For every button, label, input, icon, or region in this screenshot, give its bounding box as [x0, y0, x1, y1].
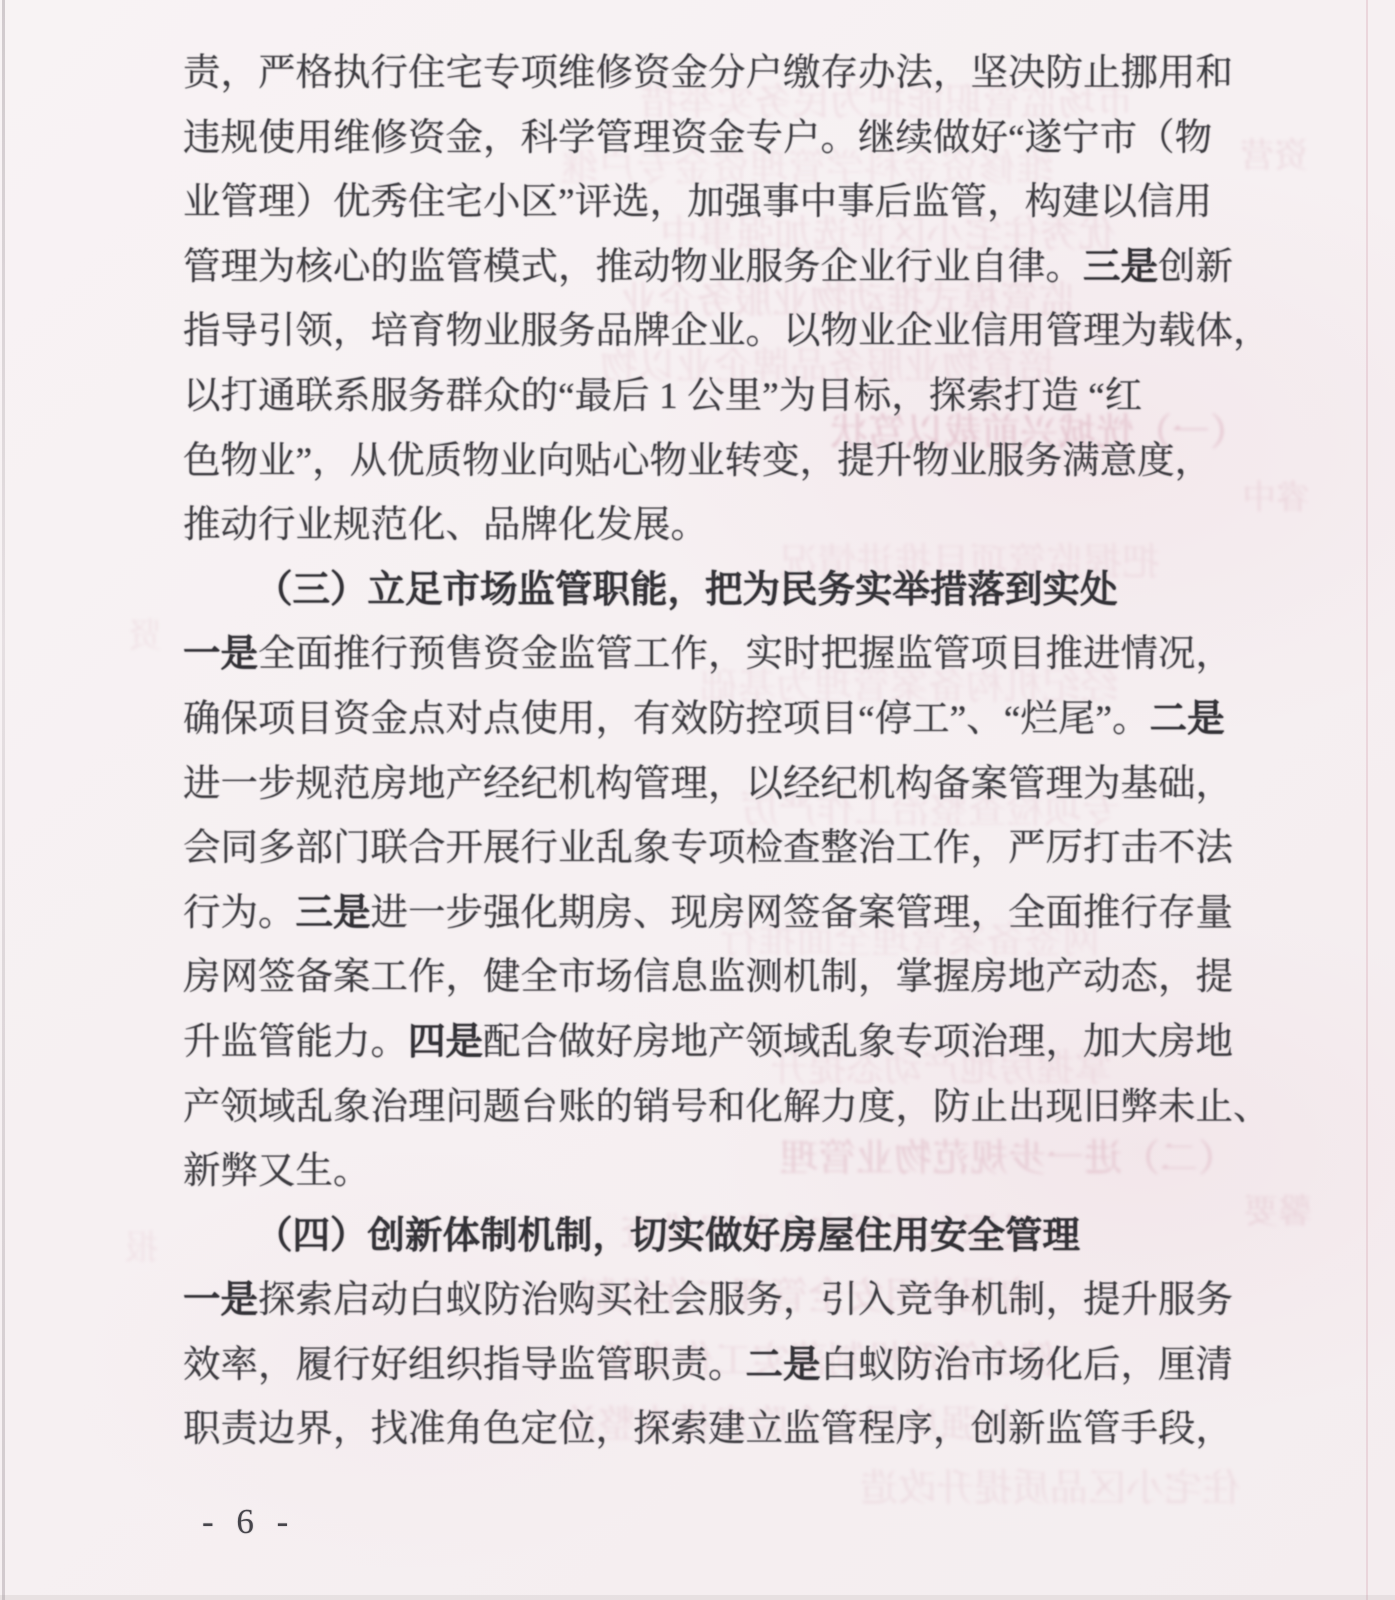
bleed-through-text: 贤	[128, 620, 162, 654]
text-line: 责，严格执行住宅专项维修资金分户缴存办法，坚决防止挪用和	[183, 42, 1223, 107]
body-text: 房网签备案工作，健全市场信息监测机制，掌握房地产动态，提	[183, 957, 1233, 998]
text-line: 一是全面推行预售资金监管工作，实时把握监管项目推进情况，	[183, 623, 1223, 688]
body-text: 创新	[1158, 247, 1233, 288]
scan-edge-left	[2, 0, 5, 1600]
body-text: 管理为核心的监管模式，推动物业服务企业行业自律。	[183, 247, 1083, 288]
emphasized-text: 一是	[183, 1280, 258, 1321]
text-line: 以打通联系服务群众的“最后 1 公里”为目标，探索打造 “红	[183, 365, 1223, 430]
emphasized-text: 一是	[183, 634, 258, 675]
bleed-through-text: 住宅小区品质提升改造	[860, 1470, 1240, 1508]
body-text: 推动行业规范化、品牌化发展。	[183, 505, 708, 546]
emphasized-text: 二是	[746, 1345, 821, 1386]
text-line: 管理为核心的监管模式，推动物业服务企业行业自律。三是创新	[183, 236, 1223, 301]
bleed-through-text: 睿中	[1242, 482, 1310, 516]
scan-edge-right	[1366, 0, 1368, 1600]
body-text: 产领域乱象治理问题台账的销号和化解力度，防止出现旧弊未止、	[183, 1087, 1271, 1128]
bleed-through-text: 馨要	[1244, 1196, 1312, 1230]
text-line: 进一步规范房地产经纪机构管理，以经纪机构备案管理为基础，	[183, 753, 1223, 818]
text-line: 房网签备案工作，健全市场信息监测机制，掌握房地产动态，提	[183, 946, 1223, 1011]
scanned-document-page: 市场监管职能把为民务实举措维修资金科学管理资金专户继优秀住宅小区评选加强事中监管…	[0, 0, 1395, 1600]
emphasized-text: （四）创新体制机制，切实做好房屋住用安全管理	[255, 1216, 1080, 1257]
page-number: - 6 -	[202, 1502, 295, 1542]
text-line: 升监管能力。四是配合做好房地产领域乱象专项治理，加大房地	[183, 1011, 1223, 1076]
body-text: 白蚁防治市场化后，厘清	[821, 1345, 1234, 1386]
body-text: 配合做好房地产领域乱象专项治理，加大房地	[483, 1022, 1233, 1063]
body-text: 指导引领，培育物业服务品牌企业。以物业企业信用管理为载体，	[183, 311, 1271, 352]
body-text: 全面推行预售资金监管工作，实时把握监管项目推进情况，	[258, 634, 1233, 675]
text-line: 业管理）优秀住宅小区”评选，加强事中事后监管，构建以信用	[183, 171, 1223, 236]
body-text: 违规使用维修资金，科学管理资金专户。继续做好“遂宁市（物	[183, 118, 1212, 159]
emphasized-text: （三）立足市场监管职能，把为民务实举措落到实处	[255, 570, 1118, 611]
body-text: 进一步规范房地产经纪机构管理，以经纪机构备案管理为基础，	[183, 764, 1233, 805]
document-text-block: 责，严格执行住宅专项维修资金分户缴存办法，坚决防止挪用和违规使用维修资金，科学管…	[183, 42, 1223, 1463]
text-line: 行为。三是进一步强化期房、现房网签备案管理，全面推行存量	[183, 882, 1223, 947]
text-line: 指导引领，培育物业服务品牌企业。以物业企业信用管理为载体，	[183, 300, 1223, 365]
body-text: 确保项目资金点对点使用，有效防控项目“停工”、“烂尾”。	[183, 699, 1150, 740]
body-text: 会同多部门联合开展行业乱象专项检查整治工作，严厉打击不法	[183, 828, 1233, 869]
emphasized-text: 四是	[408, 1022, 483, 1063]
text-line: 确保项目资金点对点使用，有效防控项目“停工”、“烂尾”。二是	[183, 688, 1223, 753]
text-line: 推动行业规范化、品牌化发展。	[183, 494, 1223, 559]
body-text: 以打通联系服务群众的“最后 1 公里”为目标，探索打造 “红	[183, 376, 1142, 417]
body-text: 色物业”，从优质物业向贴心物业转变，提升物业服务满意度，	[183, 441, 1212, 482]
text-line: 职责边界，找准角色定位，探索建立监管程序，创新监管手段，	[183, 1398, 1223, 1463]
bleed-through-text: 报	[124, 1232, 158, 1266]
text-line: 产领域乱象治理问题台账的销号和化解力度，防止出现旧弊未止、	[183, 1076, 1223, 1141]
text-line: 新弊又生。	[183, 1140, 1223, 1205]
body-text: 职责边界，找准角色定位，探索建立监管程序，创新监管手段，	[183, 1409, 1233, 1450]
text-line: 色物业”，从优质物业向贴心物业转变，提升物业服务满意度，	[183, 430, 1223, 495]
emphasized-text: 三是	[1083, 247, 1158, 288]
section-heading: （三）立足市场监管职能，把为民务实举措落到实处	[255, 559, 1223, 624]
body-text: 探索启动白蚁防治购买社会服务，引入竞争机制，提升服务	[258, 1280, 1233, 1321]
body-text: 升监管能力。	[183, 1022, 408, 1063]
text-line: 会同多部门联合开展行业乱象专项检查整治工作，严厉打击不法	[183, 817, 1223, 882]
body-text: 责，严格执行住宅专项维修资金分户缴存办法，坚决防止挪用和	[183, 53, 1233, 94]
text-line: 效率，履行好组织指导监管职责。二是白蚁防治市场化后，厘清	[183, 1334, 1223, 1399]
body-text: 进一步强化期房、现房网签备案管理，全面推行存量	[371, 893, 1234, 934]
bleed-through-text: 资营	[1240, 140, 1308, 174]
text-line: 一是探索启动白蚁防治购买社会服务，引入竞争机制，提升服务	[183, 1269, 1223, 1334]
scan-edge-bottom	[0, 1595, 1395, 1600]
emphasized-text: 三是	[296, 893, 371, 934]
body-text: 新弊又生。	[183, 1151, 371, 1192]
emphasized-text: 二是	[1150, 699, 1225, 740]
body-text: 效率，履行好组织指导监管职责。	[183, 1345, 746, 1386]
body-text: 行为。	[183, 893, 296, 934]
body-text: 业管理）优秀住宅小区”评选，加强事中事后监管，构建以信用	[183, 182, 1212, 223]
section-heading: （四）创新体制机制，切实做好房屋住用安全管理	[255, 1205, 1223, 1270]
text-line: 违规使用维修资金，科学管理资金专户。继续做好“遂宁市（物	[183, 107, 1223, 172]
